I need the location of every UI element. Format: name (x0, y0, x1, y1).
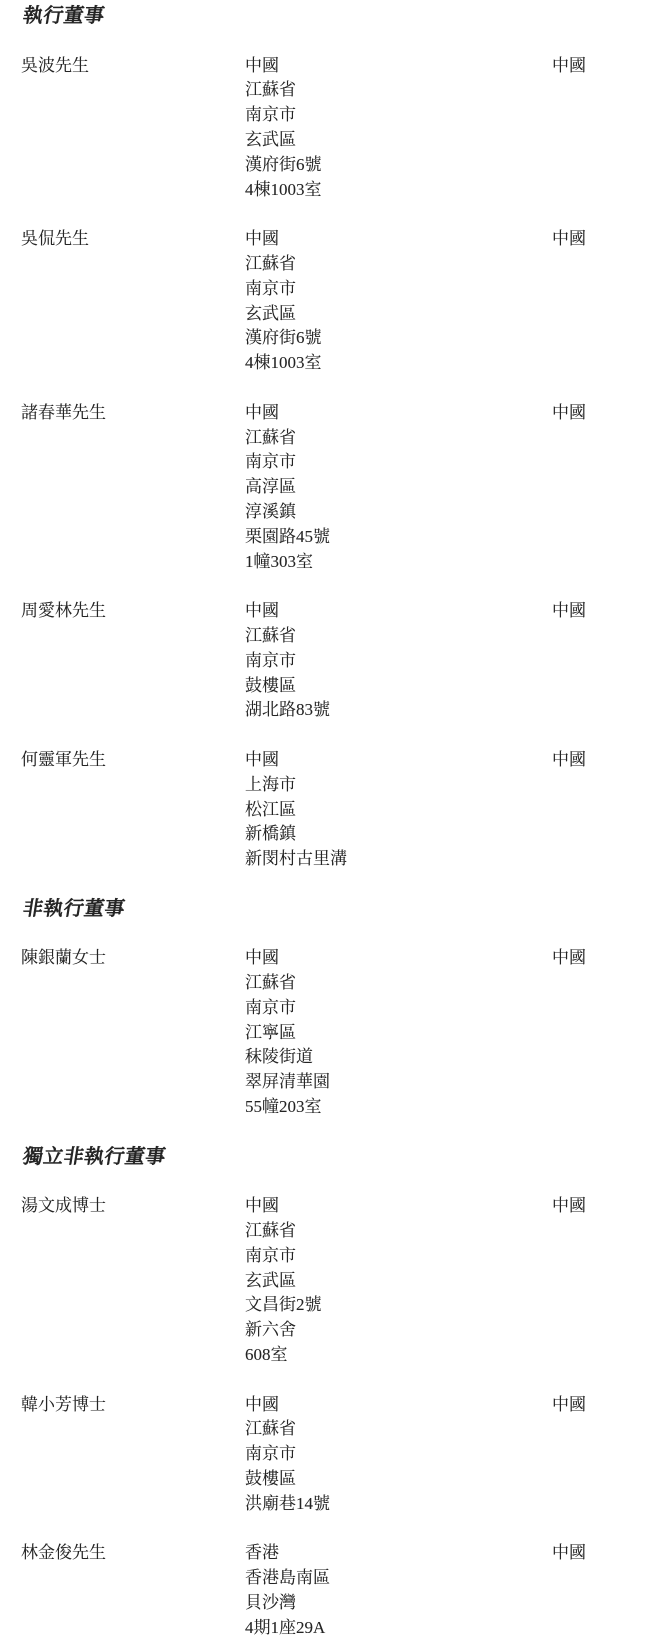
address-line: 江蘇省 (245, 426, 552, 451)
address-line: 江寧區 (245, 1021, 552, 1046)
address-line: 淳溪鎮 (245, 500, 552, 525)
address-line: 4棟1003室 (245, 351, 552, 376)
director-name: 林金俊先生 (21, 1541, 245, 1566)
address-line: 南京市 (245, 103, 552, 128)
address-line: 鼓樓區 (245, 1467, 552, 1492)
address-line: 鼓樓區 (245, 674, 552, 699)
address-line: 文昌街2號 (245, 1293, 552, 1318)
director-name: 諸春華先生 (21, 401, 245, 426)
address-line: 高淳區 (245, 475, 552, 500)
director-address: 中國江蘇省南京市鼓樓區洪廟巷14號 (245, 1393, 552, 1517)
address-line: 江蘇省 (245, 252, 552, 277)
address-line: 4期1座29A (245, 1616, 552, 1641)
address-line: 新閔村古里溝 (245, 847, 552, 872)
address-line: 洪廟巷14號 (245, 1492, 552, 1517)
address-line: 中國 (245, 227, 552, 252)
address-line: 中國 (245, 54, 552, 79)
director-address: 中國江蘇省南京市江寧區秣陵街道翠屏清華園55幢203室 (245, 946, 552, 1120)
address-line: 松江區 (245, 798, 552, 823)
address-line: 江蘇省 (245, 78, 552, 103)
director-address: 中國江蘇省南京市玄武區文昌街2號新六舍608室 (245, 1194, 552, 1368)
address-line: 貝沙灣 (245, 1591, 552, 1616)
director-name: 韓小芳博士 (21, 1393, 245, 1418)
director-section: 獨立非執行董事 湯文成博士 中國江蘇省南京市玄武區文昌街2號新六舍608室 中國… (21, 1145, 650, 1641)
address-line: 中國 (245, 1393, 552, 1418)
director-row: 何靈軍先生 中國上海市松江區新橋鎮新閔村古里溝 中國 (21, 748, 650, 872)
director-address: 中國上海市松江區新橋鎮新閔村古里溝 (245, 748, 552, 872)
address-line: 南京市 (245, 996, 552, 1021)
section-rows: 陳銀蘭女士 中國江蘇省南京市江寧區秣陵街道翠屏清華園55幢203室 中國 (21, 946, 650, 1120)
director-row: 湯文成博士 中國江蘇省南京市玄武區文昌街2號新六舍608室 中國 (21, 1194, 650, 1368)
address-line: 新六舍 (245, 1318, 552, 1343)
section-header-label: 非執行董事 (21, 897, 127, 922)
director-nationality: 中國 (552, 1393, 650, 1418)
address-line: 湖北路83號 (245, 698, 552, 723)
section-header: 執行董事 (21, 4, 650, 29)
address-line: 新橋鎮 (245, 822, 552, 847)
address-line: 玄武區 (245, 302, 552, 327)
section-rows: 湯文成博士 中國江蘇省南京市玄武區文昌街2號新六舍608室 中國 韓小芳博士 中… (21, 1194, 650, 1640)
director-nationality: 中國 (552, 1194, 650, 1219)
address-line: 秣陵街道 (245, 1045, 552, 1070)
address-line: 漢府街6號 (245, 153, 552, 178)
address-line: 中國 (245, 599, 552, 624)
director-row: 林金俊先生 香港香港島南區貝沙灣4期1座29A 中國 (21, 1541, 650, 1640)
director-name: 周愛林先生 (21, 599, 245, 624)
address-line: 中國 (245, 1194, 552, 1219)
section-header: 非執行董事 (21, 897, 650, 922)
address-line: 香港 (245, 1541, 552, 1566)
director-nationality: 中國 (552, 946, 650, 971)
director-row: 韓小芳博士 中國江蘇省南京市鼓樓區洪廟巷14號 中國 (21, 1393, 650, 1517)
director-section: 執行董事 吳波先生 中國江蘇省南京市玄武區漢府街6號4棟1003室 中國 吳侃先… (21, 4, 650, 872)
director-section: 非執行董事 陳銀蘭女士 中國江蘇省南京市江寧區秣陵街道翠屏清華園55幢203室 … (21, 897, 650, 1120)
address-line: 南京市 (245, 450, 552, 475)
address-line: 中國 (245, 748, 552, 773)
director-nationality: 中國 (552, 599, 650, 624)
address-line: 江蘇省 (245, 624, 552, 649)
address-line: 55幢203室 (245, 1095, 552, 1120)
address-line: 南京市 (245, 1244, 552, 1269)
address-line: 江蘇省 (245, 971, 552, 996)
address-line: 江蘇省 (245, 1417, 552, 1442)
section-header: 獨立非執行董事 (21, 1145, 650, 1170)
director-row: 吳侃先生 中國江蘇省南京市玄武區漢府街6號4棟1003室 中國 (21, 227, 650, 376)
address-line: 翠屏清華園 (245, 1070, 552, 1095)
address-line: 南京市 (245, 1442, 552, 1467)
address-line: 玄武區 (245, 1269, 552, 1294)
address-line: 香港島南區 (245, 1566, 552, 1591)
address-line: 南京市 (245, 277, 552, 302)
director-name: 何靈軍先生 (21, 748, 245, 773)
address-line: 1幢303室 (245, 550, 552, 575)
address-line: 栗園路45號 (245, 525, 552, 550)
director-address: 中國江蘇省南京市鼓樓區湖北路83號 (245, 599, 552, 723)
address-line: 中國 (245, 946, 552, 971)
director-address: 中國江蘇省南京市高淳區淳溪鎮栗園路45號1幢303室 (245, 401, 552, 575)
director-row: 諸春華先生 中國江蘇省南京市高淳區淳溪鎮栗園路45號1幢303室 中國 (21, 401, 650, 575)
director-row: 吳波先生 中國江蘇省南京市玄武區漢府街6號4棟1003室 中國 (21, 54, 650, 203)
director-nationality: 中國 (552, 401, 650, 426)
address-line: 4棟1003室 (245, 178, 552, 203)
address-line: 江蘇省 (245, 1219, 552, 1244)
director-name: 湯文成博士 (21, 1194, 245, 1219)
director-row: 周愛林先生 中國江蘇省南京市鼓樓區湖北路83號 中國 (21, 599, 650, 723)
director-name: 陳銀蘭女士 (21, 946, 245, 971)
address-line: 中國 (245, 401, 552, 426)
address-line: 玄武區 (245, 128, 552, 153)
address-line: 608室 (245, 1343, 552, 1368)
address-line: 上海市 (245, 773, 552, 798)
director-nationality: 中國 (552, 54, 650, 79)
director-name: 吳波先生 (21, 54, 245, 79)
director-nationality: 中國 (552, 748, 650, 773)
section-header-label: 執行董事 (21, 4, 106, 29)
director-nationality: 中國 (552, 1541, 650, 1566)
section-rows: 吳波先生 中國江蘇省南京市玄武區漢府街6號4棟1003室 中國 吳侃先生 中國江… (21, 54, 650, 872)
address-line: 南京市 (245, 649, 552, 674)
director-name: 吳侃先生 (21, 227, 245, 252)
section-header-label: 獨立非執行董事 (21, 1145, 168, 1170)
director-nationality: 中國 (552, 227, 650, 252)
director-row: 陳銀蘭女士 中國江蘇省南京市江寧區秣陵街道翠屏清華園55幢203室 中國 (21, 946, 650, 1120)
director-address: 中國江蘇省南京市玄武區漢府街6號4棟1003室 (245, 54, 552, 203)
directors-list: 執行董事 吳波先生 中國江蘇省南京市玄武區漢府街6號4棟1003室 中國 吳侃先… (21, 4, 650, 1641)
directors-address-page: 執行董事 吳波先生 中國江蘇省南京市玄武區漢府街6號4棟1003室 中國 吳侃先… (0, 0, 660, 1645)
address-line: 漢府街6號 (245, 326, 552, 351)
director-address: 香港香港島南區貝沙灣4期1座29A (245, 1541, 552, 1640)
director-address: 中國江蘇省南京市玄武區漢府街6號4棟1003室 (245, 227, 552, 376)
